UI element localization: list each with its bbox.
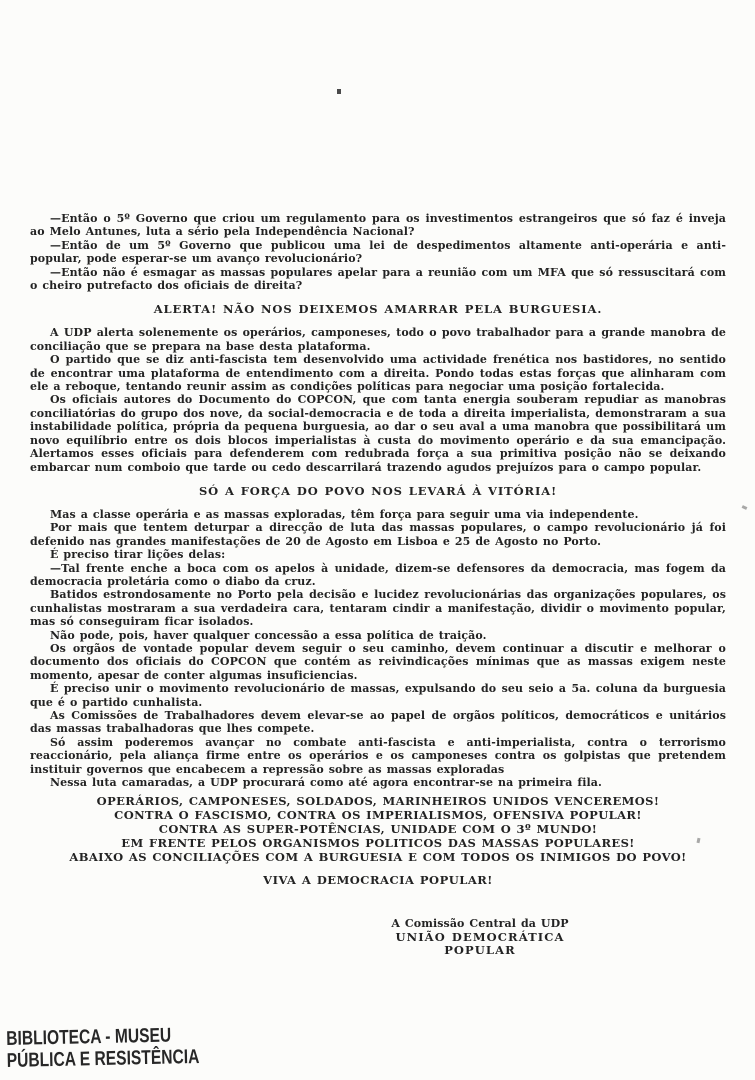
scan-speck [742,505,748,510]
intro-question-3: —Então não é esmagar as massas populares… [30,266,726,293]
body-paragraph: A UDP alerta solenemente os operários, c… [30,326,726,353]
intro-question-1: —Então o 5º Governo que criou um regulam… [30,212,726,239]
section-heading-alerta: ALERTA! NÃO NOS DEIXEMOS AMARRAR PELA BU… [30,302,726,316]
intro-question-2: —Então de um 5º Governo que publicou uma… [30,239,726,266]
leaflet-text-block: —Então o 5º Governo que criou um regulam… [30,212,726,958]
slogan-line-1: OPERÁRIOS, CAMPONESES, SOLDADOS, MARINHE… [30,794,726,808]
signature-line-1: A Comissão Central da UDP [360,917,600,931]
body-paragraph: Batidos estrondosamente no Porto pela de… [30,588,726,628]
body-paragraph: É preciso unir o movimento revolucionári… [30,682,726,709]
scan-speck [337,89,341,94]
slogan-line-3: CONTRA AS SUPER-POTÊNCIAS, UNIDADE COM O… [30,822,726,836]
body-paragraph: Por mais que tentem deturpar a direcção … [30,521,726,548]
library-stamp: BIBLIOTECA - MUSEU PÚBLICA E RESISTÊNCIA [6,1024,200,1072]
slogans-block: OPERÁRIOS, CAMPONESES, SOLDADOS, MARINHE… [30,794,726,864]
signature-block: A Comissão Central da UDP UNIÃO DEMOCRÁT… [360,917,600,958]
body-paragraph: As Comissões de Trabalhadores devem elev… [30,709,726,736]
slogan-line-2: CONTRA O FASCISMO, CONTRA OS IMPERIALISM… [30,808,726,822]
slogan-line-4: EM FRENTE PELOS ORGANISMOS POLITICOS DAS… [30,836,726,850]
section-heading-forca-do-povo: SÓ A FORÇA DO POVO NOS LEVARÁ À VITÓRIA! [30,484,726,498]
body-paragraph: —Tal frente enche a boca com os apelos à… [30,562,726,589]
final-slogan: VIVA A DEMOCRACIA POPULAR! [30,873,726,887]
body-paragraph: O partido que se diz anti-fascista tem d… [30,353,726,393]
body-paragraph: É preciso tirar lições delas: [30,548,726,561]
signature-line-2: UNIÃO DEMOCRÁTICA POPULAR [360,931,600,958]
library-stamp-line-2: PÚBLICA E RESISTÊNCIA [6,1046,199,1072]
scanned-leaflet-page: —Então o 5º Governo que criou um regulam… [0,0,755,1080]
body-paragraph: Mas a classe operária e as massas explor… [30,508,726,521]
body-paragraph: Não pode, pois, haver qualquer concessão… [30,629,726,642]
body-paragraph: Os orgãos de vontade popular devem segui… [30,642,726,682]
body-paragraph: Só assim poderemos avançar no combate an… [30,736,726,776]
slogan-line-5: ABAIXO AS CONCILIAÇÕES COM A BURGUESIA E… [30,850,726,864]
body-paragraph: Nessa luta camaradas, a UDP procurará co… [30,776,726,789]
body-paragraph: Os oficiais autores do Documento do COPC… [30,393,726,473]
